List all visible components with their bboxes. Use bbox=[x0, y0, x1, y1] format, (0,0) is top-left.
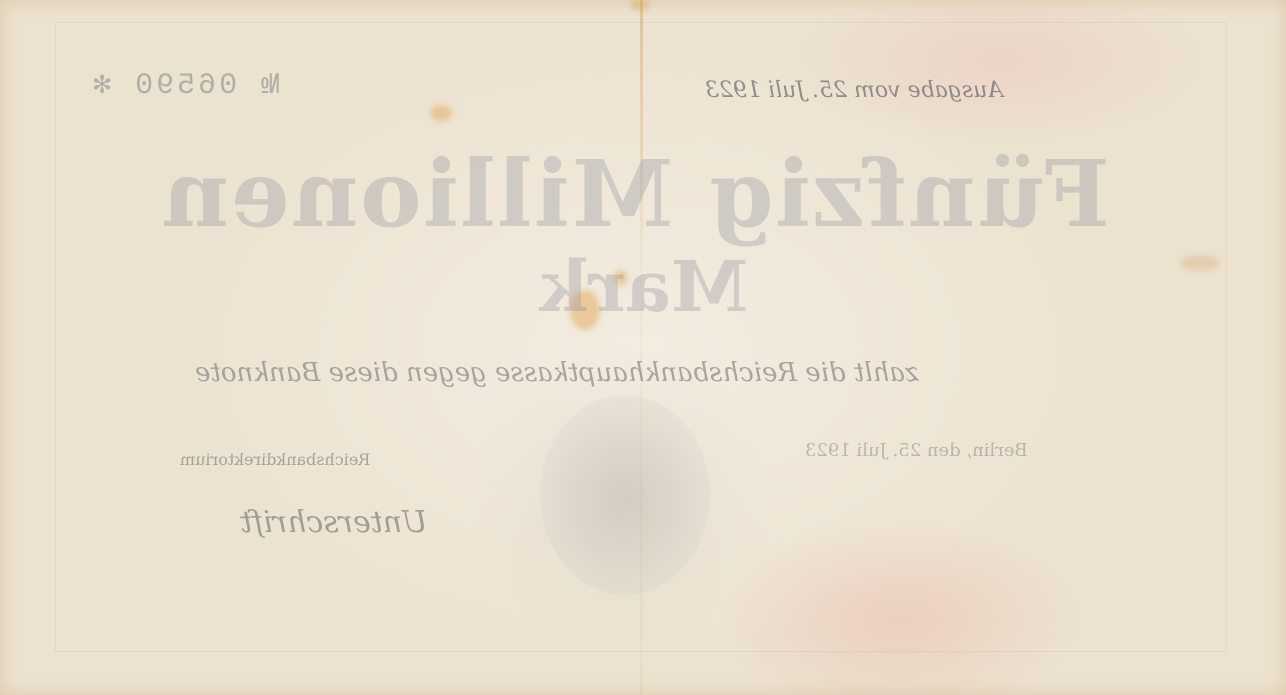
promise-text: zahlt die Reichsbankhauptkasse gegen die… bbox=[195, 358, 919, 388]
serial-number: № 06590 ✻ bbox=[90, 66, 279, 103]
issue-line: Ausgabe vom 25. Juli 1923 bbox=[705, 78, 1003, 103]
seal-show-through bbox=[540, 395, 710, 595]
signature: Unterschrift bbox=[240, 505, 427, 540]
denomination-unit: Mark bbox=[540, 245, 748, 328]
stain bbox=[630, 0, 650, 10]
denomination-title: Fünfzig Millionen bbox=[160, 140, 1110, 248]
stain bbox=[1180, 255, 1220, 271]
place-date-text: Berlin, den 25. Juli 1923 bbox=[805, 440, 1028, 461]
banknote-reverse: № 06590 ✻ Ausgabe vom 25. Juli 1923 Fünf… bbox=[0, 0, 1286, 695]
authority-text: Reichsbankdirektorium bbox=[180, 450, 370, 469]
stain bbox=[430, 105, 452, 121]
